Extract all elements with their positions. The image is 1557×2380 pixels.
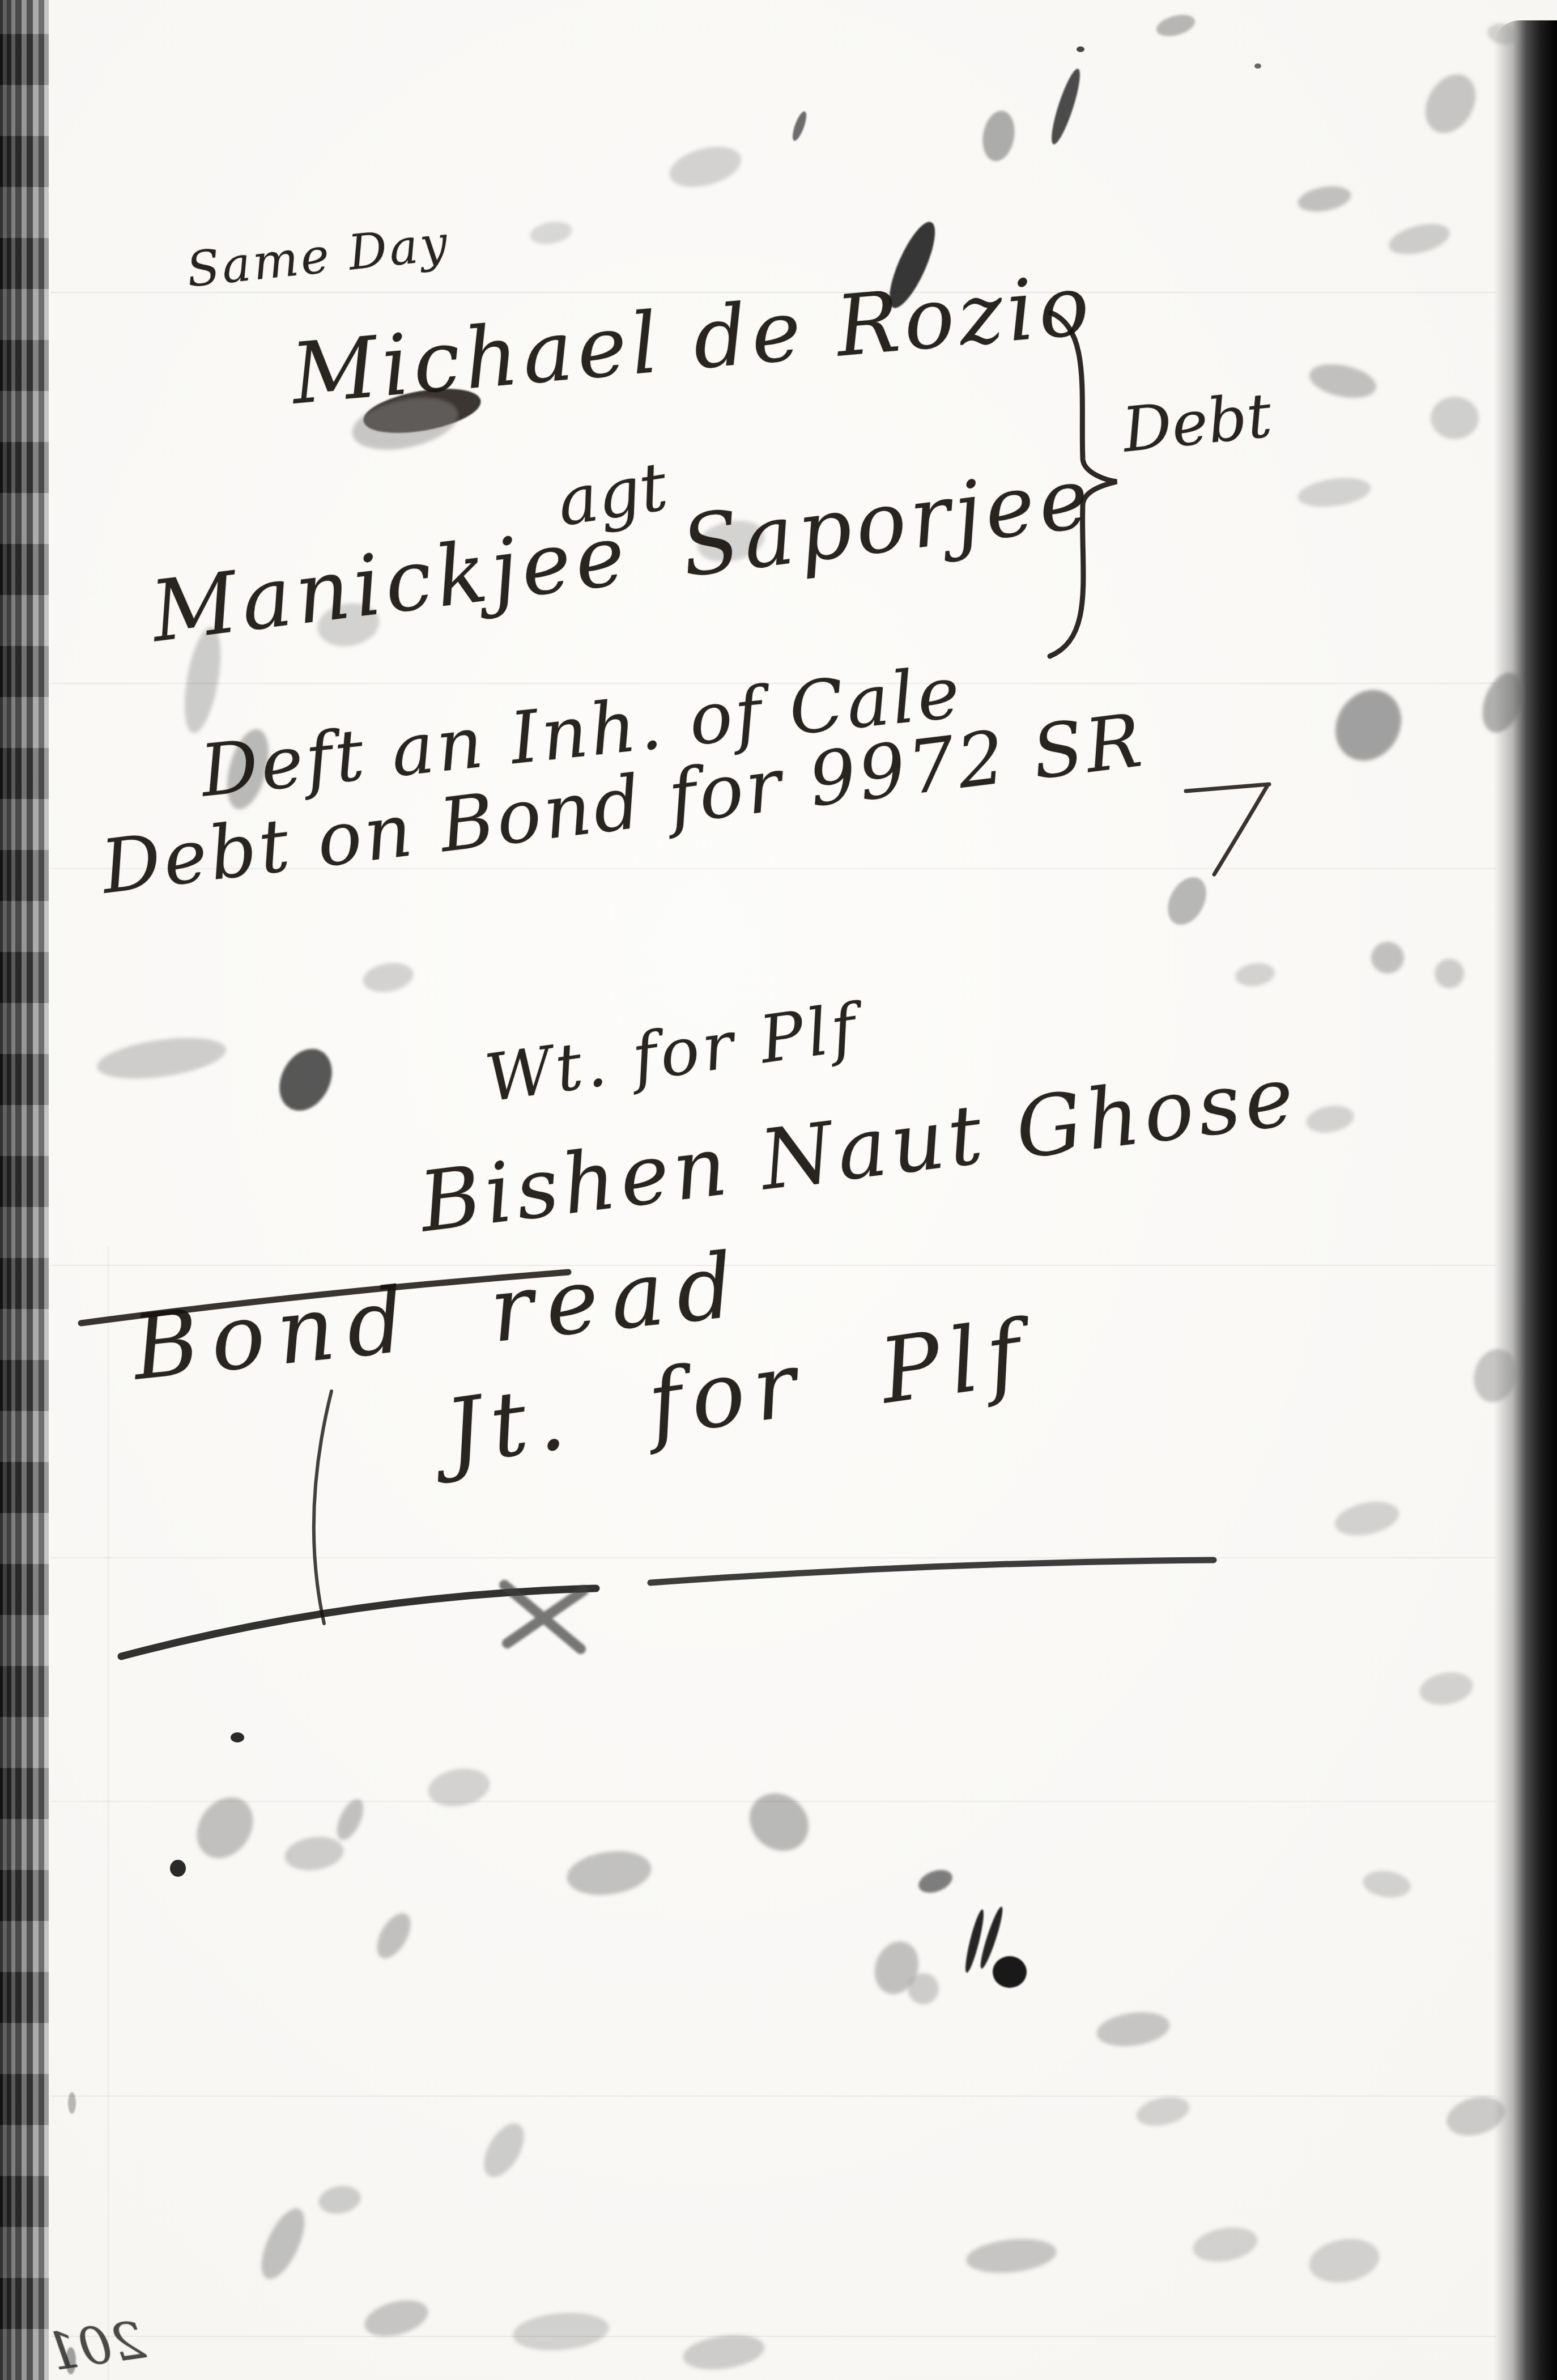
bleed-through-mark — [1254, 63, 1261, 69]
bleed-through-mark — [1046, 66, 1085, 146]
faint-rule-line — [51, 2096, 1496, 2097]
bleed-through-mark — [1331, 1497, 1402, 1541]
faint-rule-line — [51, 2336, 1496, 2337]
bleed-through-mark — [475, 2116, 532, 2183]
bleed-through-mark — [1415, 65, 1486, 142]
plaintiff-name: Michael de Rozio — [288, 256, 1097, 423]
bleed-through-mark — [1386, 218, 1453, 260]
bleed-through-mark — [331, 1795, 369, 1844]
bleed-through-mark — [231, 1732, 244, 1742]
bleed-through-mark — [282, 1833, 346, 1874]
bleed-through-mark — [979, 108, 1019, 164]
bleed-through-mark — [1304, 1102, 1356, 1136]
bleed-through-mark — [1307, 359, 1380, 403]
bleed-through-mark — [1134, 2093, 1192, 2131]
bleed-through-mark — [1296, 182, 1353, 215]
bleed-through-mark — [1190, 2222, 1260, 2266]
bleed-through-mark — [564, 1846, 654, 1900]
bleed-through-mark — [738, 1782, 820, 1863]
bleed-through-mark — [916, 1865, 956, 1897]
bond-currency: SR — [1028, 697, 1149, 796]
bleed-through-mark — [1435, 959, 1464, 988]
fold-crease-line — [108, 1247, 109, 2380]
amount-flourish — [1181, 781, 1300, 880]
bleed-through-mark — [511, 2309, 610, 2354]
writ-line: Wt. for Plf — [481, 989, 864, 1117]
bleed-through-mark — [1234, 960, 1277, 988]
bleed-through-mark — [1305, 2234, 1382, 2288]
bleed-through-mark — [790, 110, 809, 142]
entry-date-line: Same Day — [184, 215, 452, 299]
bleed-through-mark — [1077, 46, 1084, 52]
faint-rule-line — [51, 1265, 1496, 1266]
bleed-through-mark — [253, 2203, 313, 2285]
page-gutter-shadow — [1494, 20, 1557, 2380]
bleed-through-mark — [1431, 397, 1479, 439]
bleed-through-mark — [1371, 942, 1404, 974]
scanned-register-page: Same Day Michael de Rozio agt Manickjee … — [0, 0, 1557, 2380]
cause-label: Debt — [1119, 380, 1275, 466]
bleed-through-mark — [370, 1907, 418, 1963]
bleed-through-mark — [316, 2183, 363, 2217]
bleed-through-mark — [1361, 1868, 1413, 1900]
bleed-through-mark — [1095, 2008, 1172, 2051]
bleed-through-mark — [1296, 474, 1372, 511]
bleed-through-mark — [908, 1973, 939, 2004]
bleed-through-mark — [1417, 1668, 1475, 1709]
bleed-through-mark — [360, 959, 415, 996]
bleed-through-mark — [1322, 678, 1414, 773]
bleed-through-mark — [185, 1787, 265, 1869]
case-brace — [1034, 306, 1153, 663]
faint-rule-line — [51, 1801, 1496, 1802]
bleed-through-mark — [425, 1764, 493, 1811]
bleed-through-mark — [269, 1040, 342, 1120]
bleed-through-mark — [964, 2235, 1058, 2277]
bleed-through-mark — [528, 219, 573, 247]
bleed-through-mark — [665, 139, 746, 194]
closing-flourish — [113, 1538, 1224, 1674]
bleed-through-mark — [1154, 11, 1197, 40]
bleed-through-mark — [170, 1860, 186, 1877]
bleed-number: 201 — [42, 2310, 149, 2380]
bleed-through-mark — [993, 1956, 1027, 1988]
bleed-through-mark — [95, 1031, 229, 1085]
binding-edge — [0, 0, 49, 2380]
